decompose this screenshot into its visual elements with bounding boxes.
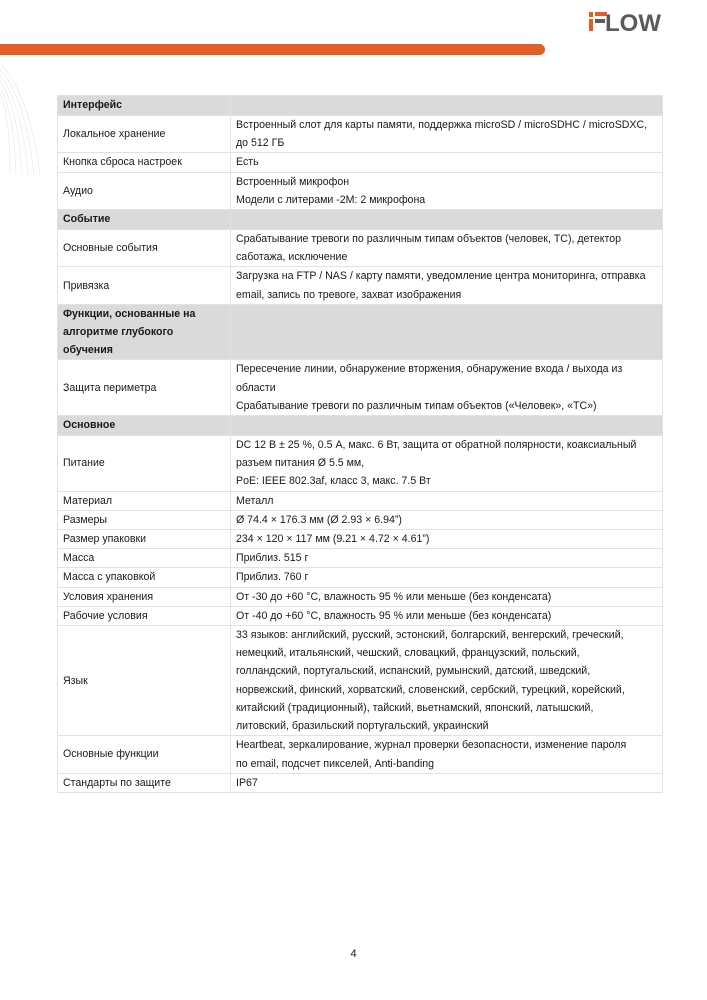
spec-value: Есть bbox=[231, 153, 663, 172]
spec-value-line: саботажа, исключение bbox=[236, 248, 657, 266]
spec-value-line: PoE: IEEE 802.3af, класс 3, макс. 7.5 Вт bbox=[236, 472, 657, 490]
table-row: Язык33 языков: английский, русский, эсто… bbox=[58, 626, 663, 736]
spec-key: Питание bbox=[58, 436, 231, 492]
spec-value-line: Модели с литерами -2M: 2 микрофона bbox=[236, 191, 657, 209]
spec-value: Металл bbox=[231, 491, 663, 510]
section-header: Событие bbox=[58, 210, 663, 230]
table-row: Условия храненияОт -30 до +60 °C, влажно… bbox=[58, 587, 663, 606]
spec-value-line: по email, подсчет пикселей, Anti-banding bbox=[236, 755, 657, 773]
table-row: РазмерыØ 74.4 × 176.3 мм (Ø 2.93 × 6.94”… bbox=[58, 510, 663, 529]
spec-value: DC 12 В ± 25 %, 0.5 А, макс. 6 Вт, защит… bbox=[231, 436, 663, 492]
table-row: Основные функцииHeartbeat, зеркалировани… bbox=[58, 736, 663, 773]
table-row: Размер упаковки234 × 120 × 117 мм (9.21 … bbox=[58, 530, 663, 549]
flow-logo: LOW bbox=[589, 9, 673, 33]
spec-key: Размер упаковки bbox=[58, 530, 231, 549]
spec-key: Основные события bbox=[58, 230, 231, 267]
spec-value: Встроенный слот для карты памяти, поддер… bbox=[231, 116, 663, 153]
page-number: 4 bbox=[0, 948, 707, 960]
table-row: Стандарты по защитеIP67 bbox=[58, 773, 663, 792]
spec-value: Приблиз. 515 г bbox=[231, 549, 663, 568]
section-title-blank bbox=[231, 304, 663, 360]
table-row: Локальное хранениеВстроенный слот для ка… bbox=[58, 116, 663, 153]
spec-value: IP67 bbox=[231, 773, 663, 792]
section-title: Основное bbox=[58, 416, 231, 436]
table-row: ПитаниеDC 12 В ± 25 %, 0.5 А, макс. 6 Вт… bbox=[58, 436, 663, 492]
spec-value-line: 33 языков: английский, русский, эстонски… bbox=[236, 626, 657, 644]
spec-key: Масса bbox=[58, 549, 231, 568]
spec-value-line: Heartbeat, зеркалирование, журнал провер… bbox=[236, 736, 657, 754]
section-header: Функции, основанные на алгоритме глубоко… bbox=[58, 304, 663, 360]
spec-value: Приблиз. 760 г bbox=[231, 568, 663, 587]
spec-key: Кнопка сброса настроек bbox=[58, 153, 231, 172]
spec-key: Масса с упаковкой bbox=[58, 568, 231, 587]
spec-key: Рабочие условия bbox=[58, 606, 231, 625]
svg-text:LOW: LOW bbox=[605, 10, 661, 33]
spec-value-line: От -30 до +60 °C, влажность 95 % или мен… bbox=[236, 588, 657, 606]
spec-value: 33 языков: английский, русский, эстонски… bbox=[231, 626, 663, 736]
table-row: ПривязкаЗагрузка на FTP / NAS / карту па… bbox=[58, 267, 663, 304]
spec-value-line: до 512 ГБ bbox=[236, 134, 657, 152]
table-row: МассаПриблиз. 515 г bbox=[58, 549, 663, 568]
spec-value-line: IP67 bbox=[236, 774, 657, 792]
spec-value-line: Приблиз. 760 г bbox=[236, 568, 657, 586]
spec-key: Защита периметра bbox=[58, 360, 231, 416]
spec-key: Стандарты по защите bbox=[58, 773, 231, 792]
table-row: МатериалМеталл bbox=[58, 491, 663, 510]
spec-value-line: голландский, португальский, испанский, р… bbox=[236, 662, 657, 680]
spec-value-line: норвежский, финский, хорватский, словенс… bbox=[236, 681, 657, 699]
spec-key: Язык bbox=[58, 626, 231, 736]
spec-value: От -40 до +60 °C, влажность 95 % или мен… bbox=[231, 606, 663, 625]
section-title-blank bbox=[231, 210, 663, 230]
spec-key: Условия хранения bbox=[58, 587, 231, 606]
spec-value-line: литовский, бразильский португальский, ук… bbox=[236, 717, 657, 735]
spec-table: ИнтерфейсЛокальное хранениеВстроенный сл… bbox=[57, 95, 663, 793]
spec-value-line: Срабатывание тревоги по различным типам … bbox=[236, 397, 657, 415]
section-title: Функции, основанные на алгоритме глубоко… bbox=[58, 304, 231, 360]
spec-value: Срабатывание тревоги по различным типам … bbox=[231, 230, 663, 267]
spec-value-line: немецкий, итальянский, чешский, словацки… bbox=[236, 644, 657, 662]
spec-value: Загрузка на FTP / NAS / карту памяти, ув… bbox=[231, 267, 663, 304]
section-header: Интерфейс bbox=[58, 96, 663, 116]
table-row: Основные событияСрабатывание тревоги по … bbox=[58, 230, 663, 267]
spec-value-line: От -40 до +60 °C, влажность 95 % или мен… bbox=[236, 607, 657, 625]
spec-value-line: Встроенный микрофон bbox=[236, 173, 657, 191]
section-header: Основное bbox=[58, 416, 663, 436]
table-row: Масса с упаковкойПриблиз. 760 г bbox=[58, 568, 663, 587]
spec-key: Размеры bbox=[58, 510, 231, 529]
spec-value-line: Пересечение линии, обнаружение вторжения… bbox=[236, 360, 657, 378]
spec-value: От -30 до +60 °C, влажность 95 % или мен… bbox=[231, 587, 663, 606]
header-accent-bar bbox=[0, 44, 545, 55]
table-row: АудиоВстроенный микрофонМодели с литерам… bbox=[58, 172, 663, 209]
spec-value-line: email, запись по тревоге, захват изображ… bbox=[236, 286, 657, 304]
spec-value: Встроенный микрофонМодели с литерами -2M… bbox=[231, 172, 663, 209]
spec-value: Heartbeat, зеркалирование, журнал провер… bbox=[231, 736, 663, 773]
table-row: Защита периметраПересечение линии, обнар… bbox=[58, 360, 663, 416]
spec-value-line: Загрузка на FTP / NAS / карту памяти, ув… bbox=[236, 267, 657, 285]
section-title-blank bbox=[231, 416, 663, 436]
spec-value-line: Есть bbox=[236, 153, 657, 171]
spec-value: Пересечение линии, обнаружение вторжения… bbox=[231, 360, 663, 416]
table-row: Кнопка сброса настроекЕсть bbox=[58, 153, 663, 172]
section-title: Событие bbox=[58, 210, 231, 230]
section-title-blank bbox=[231, 96, 663, 116]
spec-value-line: Ø 74.4 × 176.3 мм (Ø 2.93 × 6.94”) bbox=[236, 511, 657, 529]
table-row: Рабочие условияОт -40 до +60 °C, влажнос… bbox=[58, 606, 663, 625]
spec-value-line: разъем питания Ø 5.5 мм, bbox=[236, 454, 657, 472]
spec-value-line: Металл bbox=[236, 492, 657, 510]
spec-value-line: области bbox=[236, 379, 657, 397]
spec-value-line: 234 × 120 × 117 мм (9.21 × 4.72 × 4.61”) bbox=[236, 530, 657, 548]
spec-key: Аудио bbox=[58, 172, 231, 209]
spec-value-line: китайский (традиционный), тайский, вьетн… bbox=[236, 699, 657, 717]
spec-value-line: Срабатывание тревоги по различным типам … bbox=[236, 230, 657, 248]
section-title: Интерфейс bbox=[58, 96, 231, 116]
spec-key: Материал bbox=[58, 491, 231, 510]
spec-key: Основные функции bbox=[58, 736, 231, 773]
spec-value: Ø 74.4 × 176.3 мм (Ø 2.93 × 6.94”) bbox=[231, 510, 663, 529]
spec-value-line: Встроенный слот для карты памяти, поддер… bbox=[236, 116, 657, 134]
spec-value-line: DC 12 В ± 25 %, 0.5 А, макс. 6 Вт, защит… bbox=[236, 436, 657, 454]
spec-value: 234 × 120 × 117 мм (9.21 × 4.72 × 4.61”) bbox=[231, 530, 663, 549]
spec-key: Привязка bbox=[58, 267, 231, 304]
spec-value-line: Приблиз. 515 г bbox=[236, 549, 657, 567]
spec-key: Локальное хранение bbox=[58, 116, 231, 153]
